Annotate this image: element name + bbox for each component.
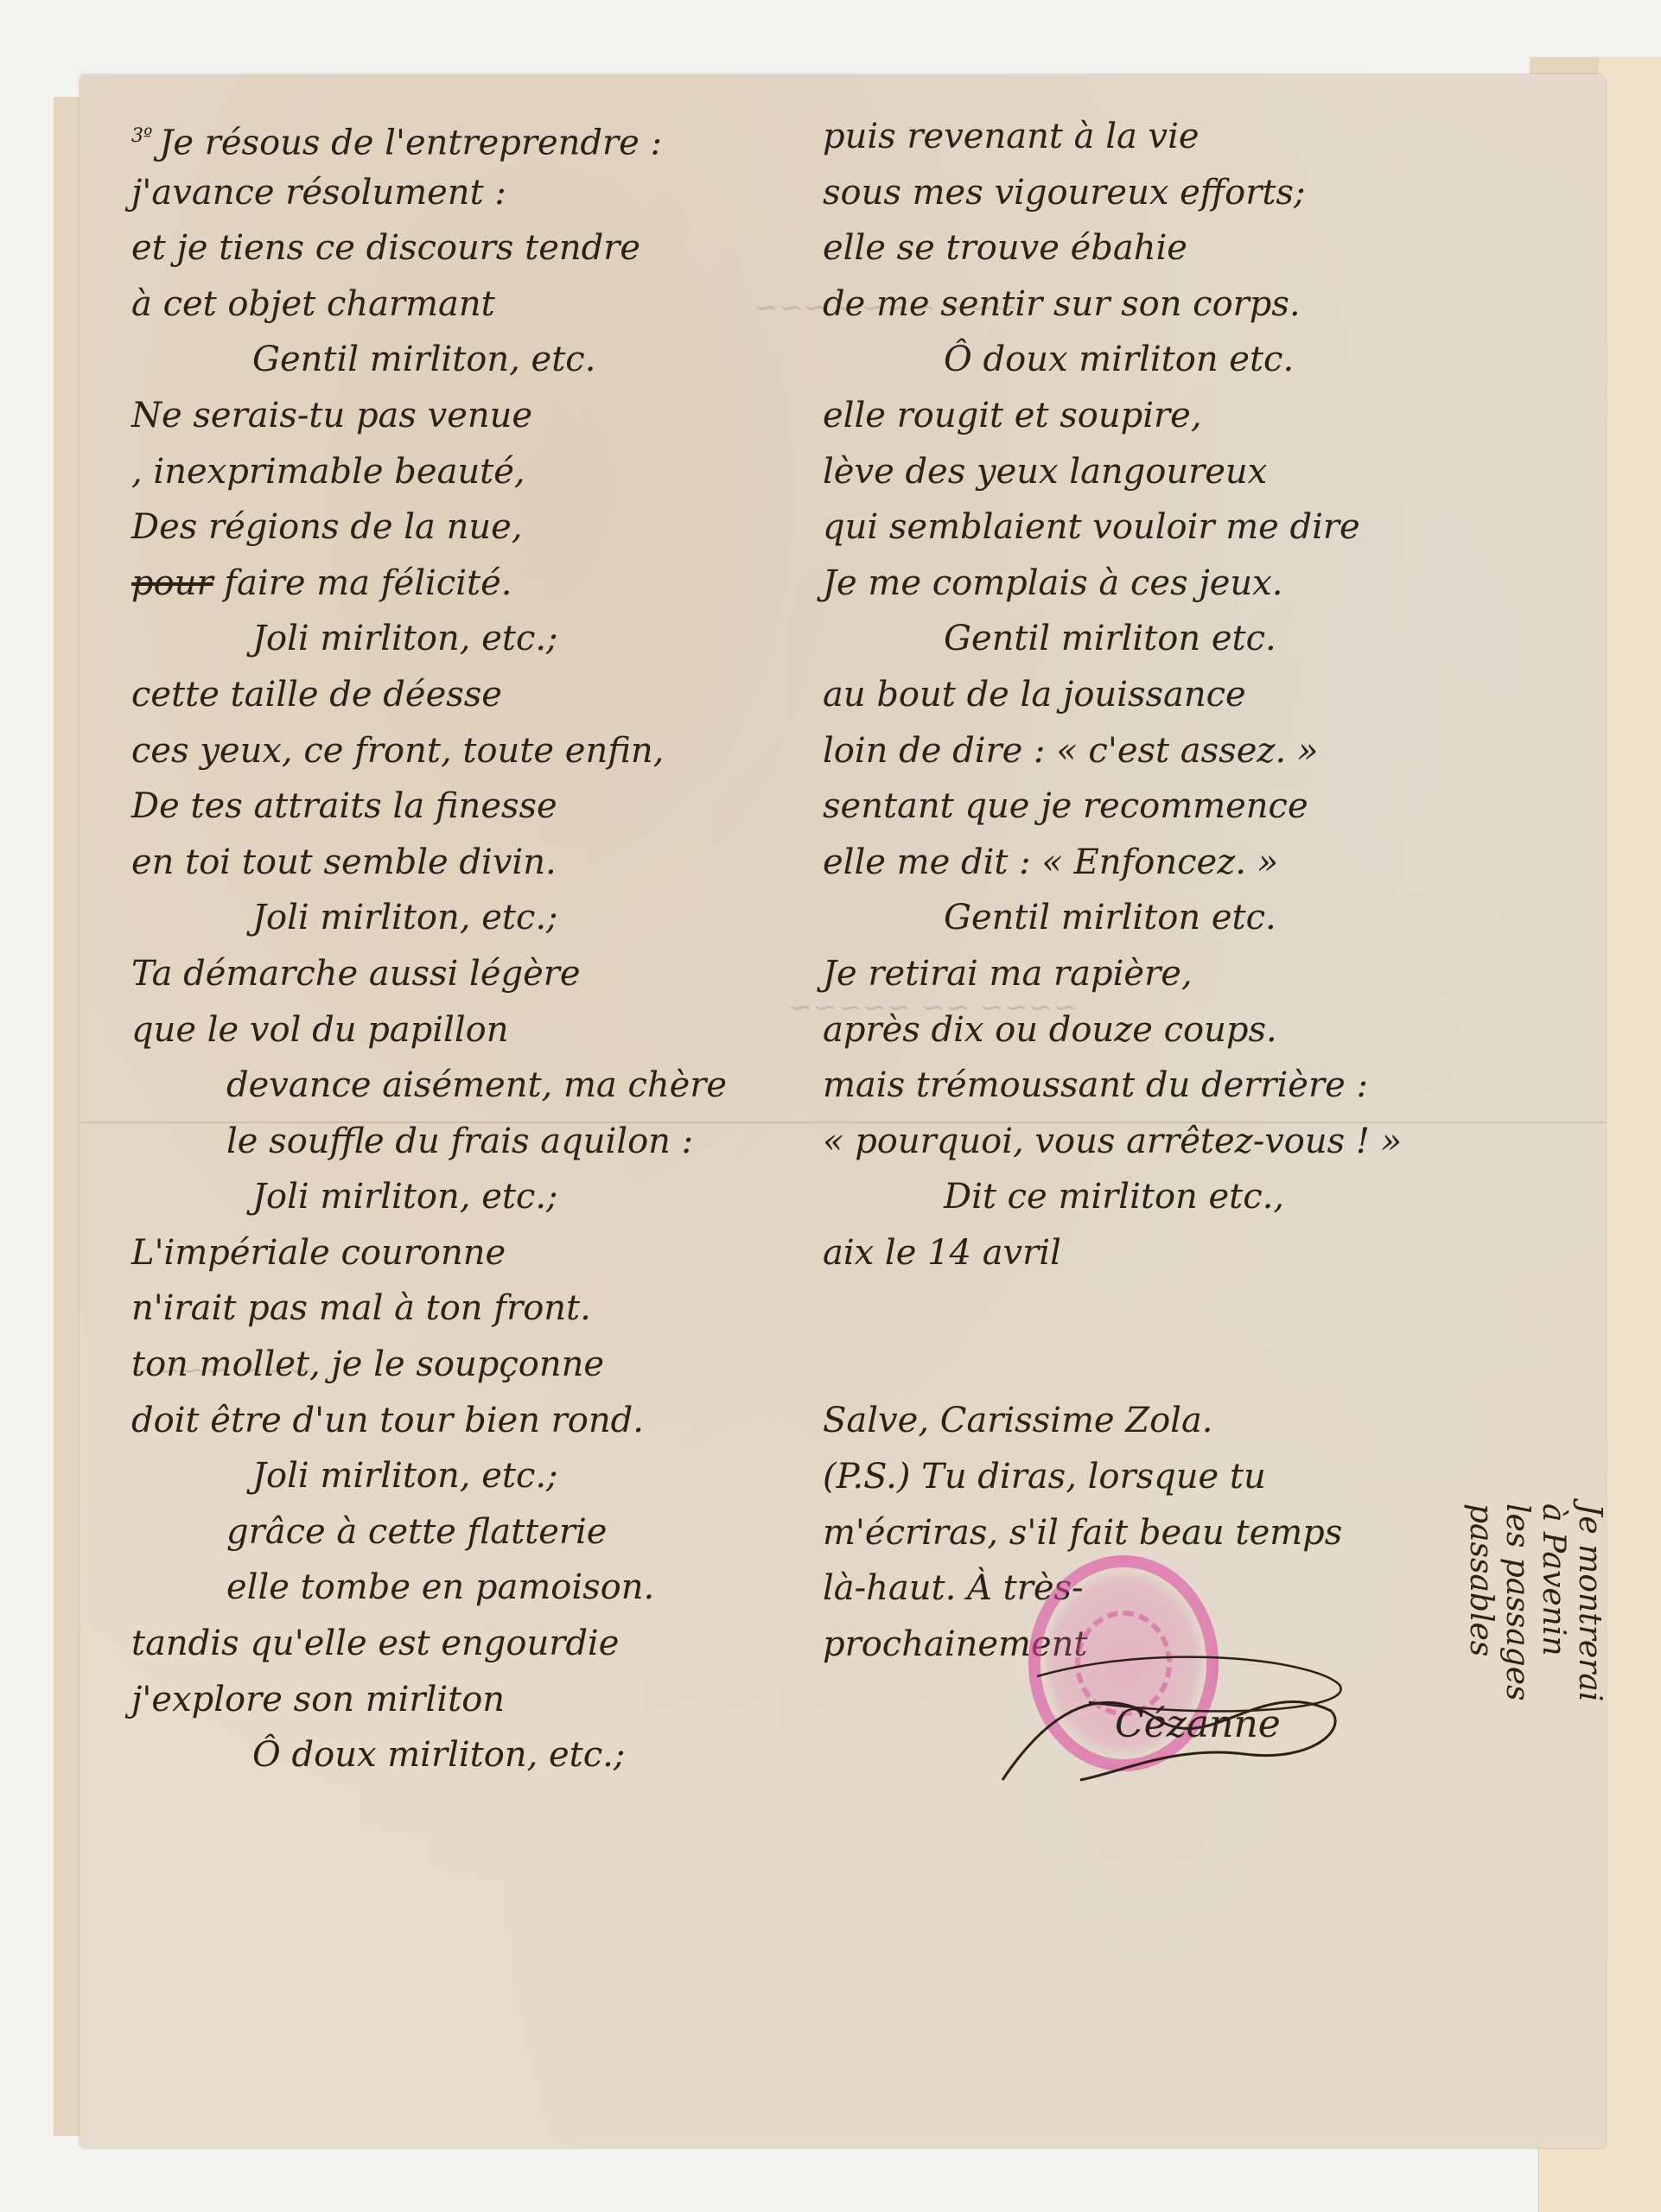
poem-line: ton mollet, je le soupçonne (131, 1337, 840, 1393)
refrain-line: Gentil mirliton etc. (823, 611, 1566, 667)
signature-text: Cézanne (1115, 1702, 1281, 1746)
struck-word: pour (131, 563, 213, 603)
manuscript-page: ~~~ ~~~~ ~~~ ~~~~ ~~ ~~~~~ ~~~ ~~~~ 3ºJe… (80, 74, 1606, 2148)
poem-line: à cet objet charmant (131, 276, 840, 333)
poem-line: elle tombe en pamoison. (131, 1560, 840, 1616)
poem-line: et je tiens ce discours tendre (131, 220, 840, 276)
poem-line: loin de dire : « c'est assez. » (823, 723, 1566, 779)
poem-line: lève des yeux langoureux (823, 444, 1566, 500)
poem-line: j'explore son mirliton (131, 1672, 840, 1728)
poem-line: Je retirai ma rapière, (823, 946, 1566, 1002)
poem-line: De tes attraits la finesse (131, 779, 840, 835)
poem-line: tandis qu'elle est engourdie (131, 1616, 840, 1672)
poem-line: 3ºJe résous de l'entreprendre : (131, 109, 840, 165)
refrain-line: Dit ce mirliton etc., (823, 1169, 1566, 1225)
poem-line: , inexprimable beauté, (131, 444, 840, 500)
poem-line: j'avance résolument : (131, 165, 840, 221)
margin-note-line: à Pavenin (1536, 1503, 1571, 1656)
signature-flourish: Cézanne (985, 1650, 1357, 1789)
poem-line: grâce à cette flatterie (131, 1504, 840, 1560)
poem-line: L'impériale couronne (131, 1225, 840, 1281)
left-column: 3ºJe résous de l'entreprendre : j'avance… (131, 109, 840, 1783)
poem-line: sous mes vigoureux efforts; (823, 165, 1566, 221)
margin-note-line: les passages (1499, 1503, 1535, 1700)
refrain-line: Joli mirliton, etc.; (131, 611, 840, 667)
poem-line: de me sentir sur son corps. (823, 276, 1566, 333)
verse-number: 3º (131, 125, 152, 147)
poem-line: Ta démarche aussi légère (131, 946, 840, 1002)
refrain-line: Joli mirliton, etc.; (131, 1169, 840, 1225)
right-column: puis revenant à la vie sous mes vigoureu… (823, 109, 1566, 1672)
poem-line: Des régions de la nue, (131, 499, 840, 556)
refrain-line: Ô doux mirliton etc. (823, 332, 1566, 388)
margin-note-line: Je montrerai (1572, 1503, 1607, 1701)
poem-line: « pourquoi, vous arrêtez-vous ! » (823, 1114, 1566, 1170)
poem-line: elle me dit : « Enfoncez. » (823, 835, 1566, 891)
poem-line: doit être d'un tour bien rond. (131, 1393, 840, 1449)
poem-line: le souffle du frais aquilon : (131, 1114, 840, 1170)
margin-note-line: passables (1463, 1503, 1499, 1656)
poem-line: n'irait pas mal à ton front. (131, 1281, 840, 1337)
postscript-line: m'écriras, s'il fait beau temps (823, 1505, 1566, 1561)
date-line: aix le 14 avril (823, 1225, 1566, 1281)
refrain-line: Joli mirliton, etc.; (131, 1448, 840, 1504)
poem-line: mais trémoussant du derrière : (823, 1058, 1566, 1114)
poem-line: puis revenant à la vie (823, 109, 1566, 165)
refrain-line: Gentil mirliton, etc. (131, 332, 840, 388)
postscript-line: (P.S.) Tu diras, lorsque tu (823, 1449, 1566, 1505)
refrain-line: Joli mirliton, etc.; (131, 890, 840, 946)
poem-line: Je me complais à ces jeux. (823, 556, 1566, 612)
poem-line: que le vol du papillon (131, 1002, 840, 1058)
refrain-line: Gentil mirliton etc. (823, 890, 1566, 946)
postscript-line: Salve, Carissime Zola. (823, 1393, 1566, 1449)
refrain-line: Ô doux mirliton, etc.; (131, 1727, 840, 1783)
poem-line: ces yeux, ce front, toute enfin, (131, 723, 840, 779)
poem-line: elle rougit et soupire, (823, 388, 1566, 444)
poem-line: Ne serais-tu pas venue (131, 388, 840, 444)
margin-note: Je montrerai à Pavenin les passages pass… (1461, 1503, 1607, 1866)
poem-line: cette taille de déesse (131, 667, 840, 723)
poem-line: qui semblaient vouloir me dire (823, 499, 1566, 556)
poem-line: en toi tout semble divin. (131, 835, 840, 891)
poem-line: devance aisément, ma chère (131, 1058, 840, 1114)
poem-line: sentant que je recommence (823, 779, 1566, 835)
poem-line: pour faire ma félicité. (131, 556, 840, 612)
poem-line: au bout de la jouissance (823, 667, 1566, 723)
poem-line: elle se trouve ébahie (823, 220, 1566, 276)
poem-line: après dix ou douze coups. (823, 1002, 1566, 1058)
signature-spacer (823, 1281, 1566, 1393)
